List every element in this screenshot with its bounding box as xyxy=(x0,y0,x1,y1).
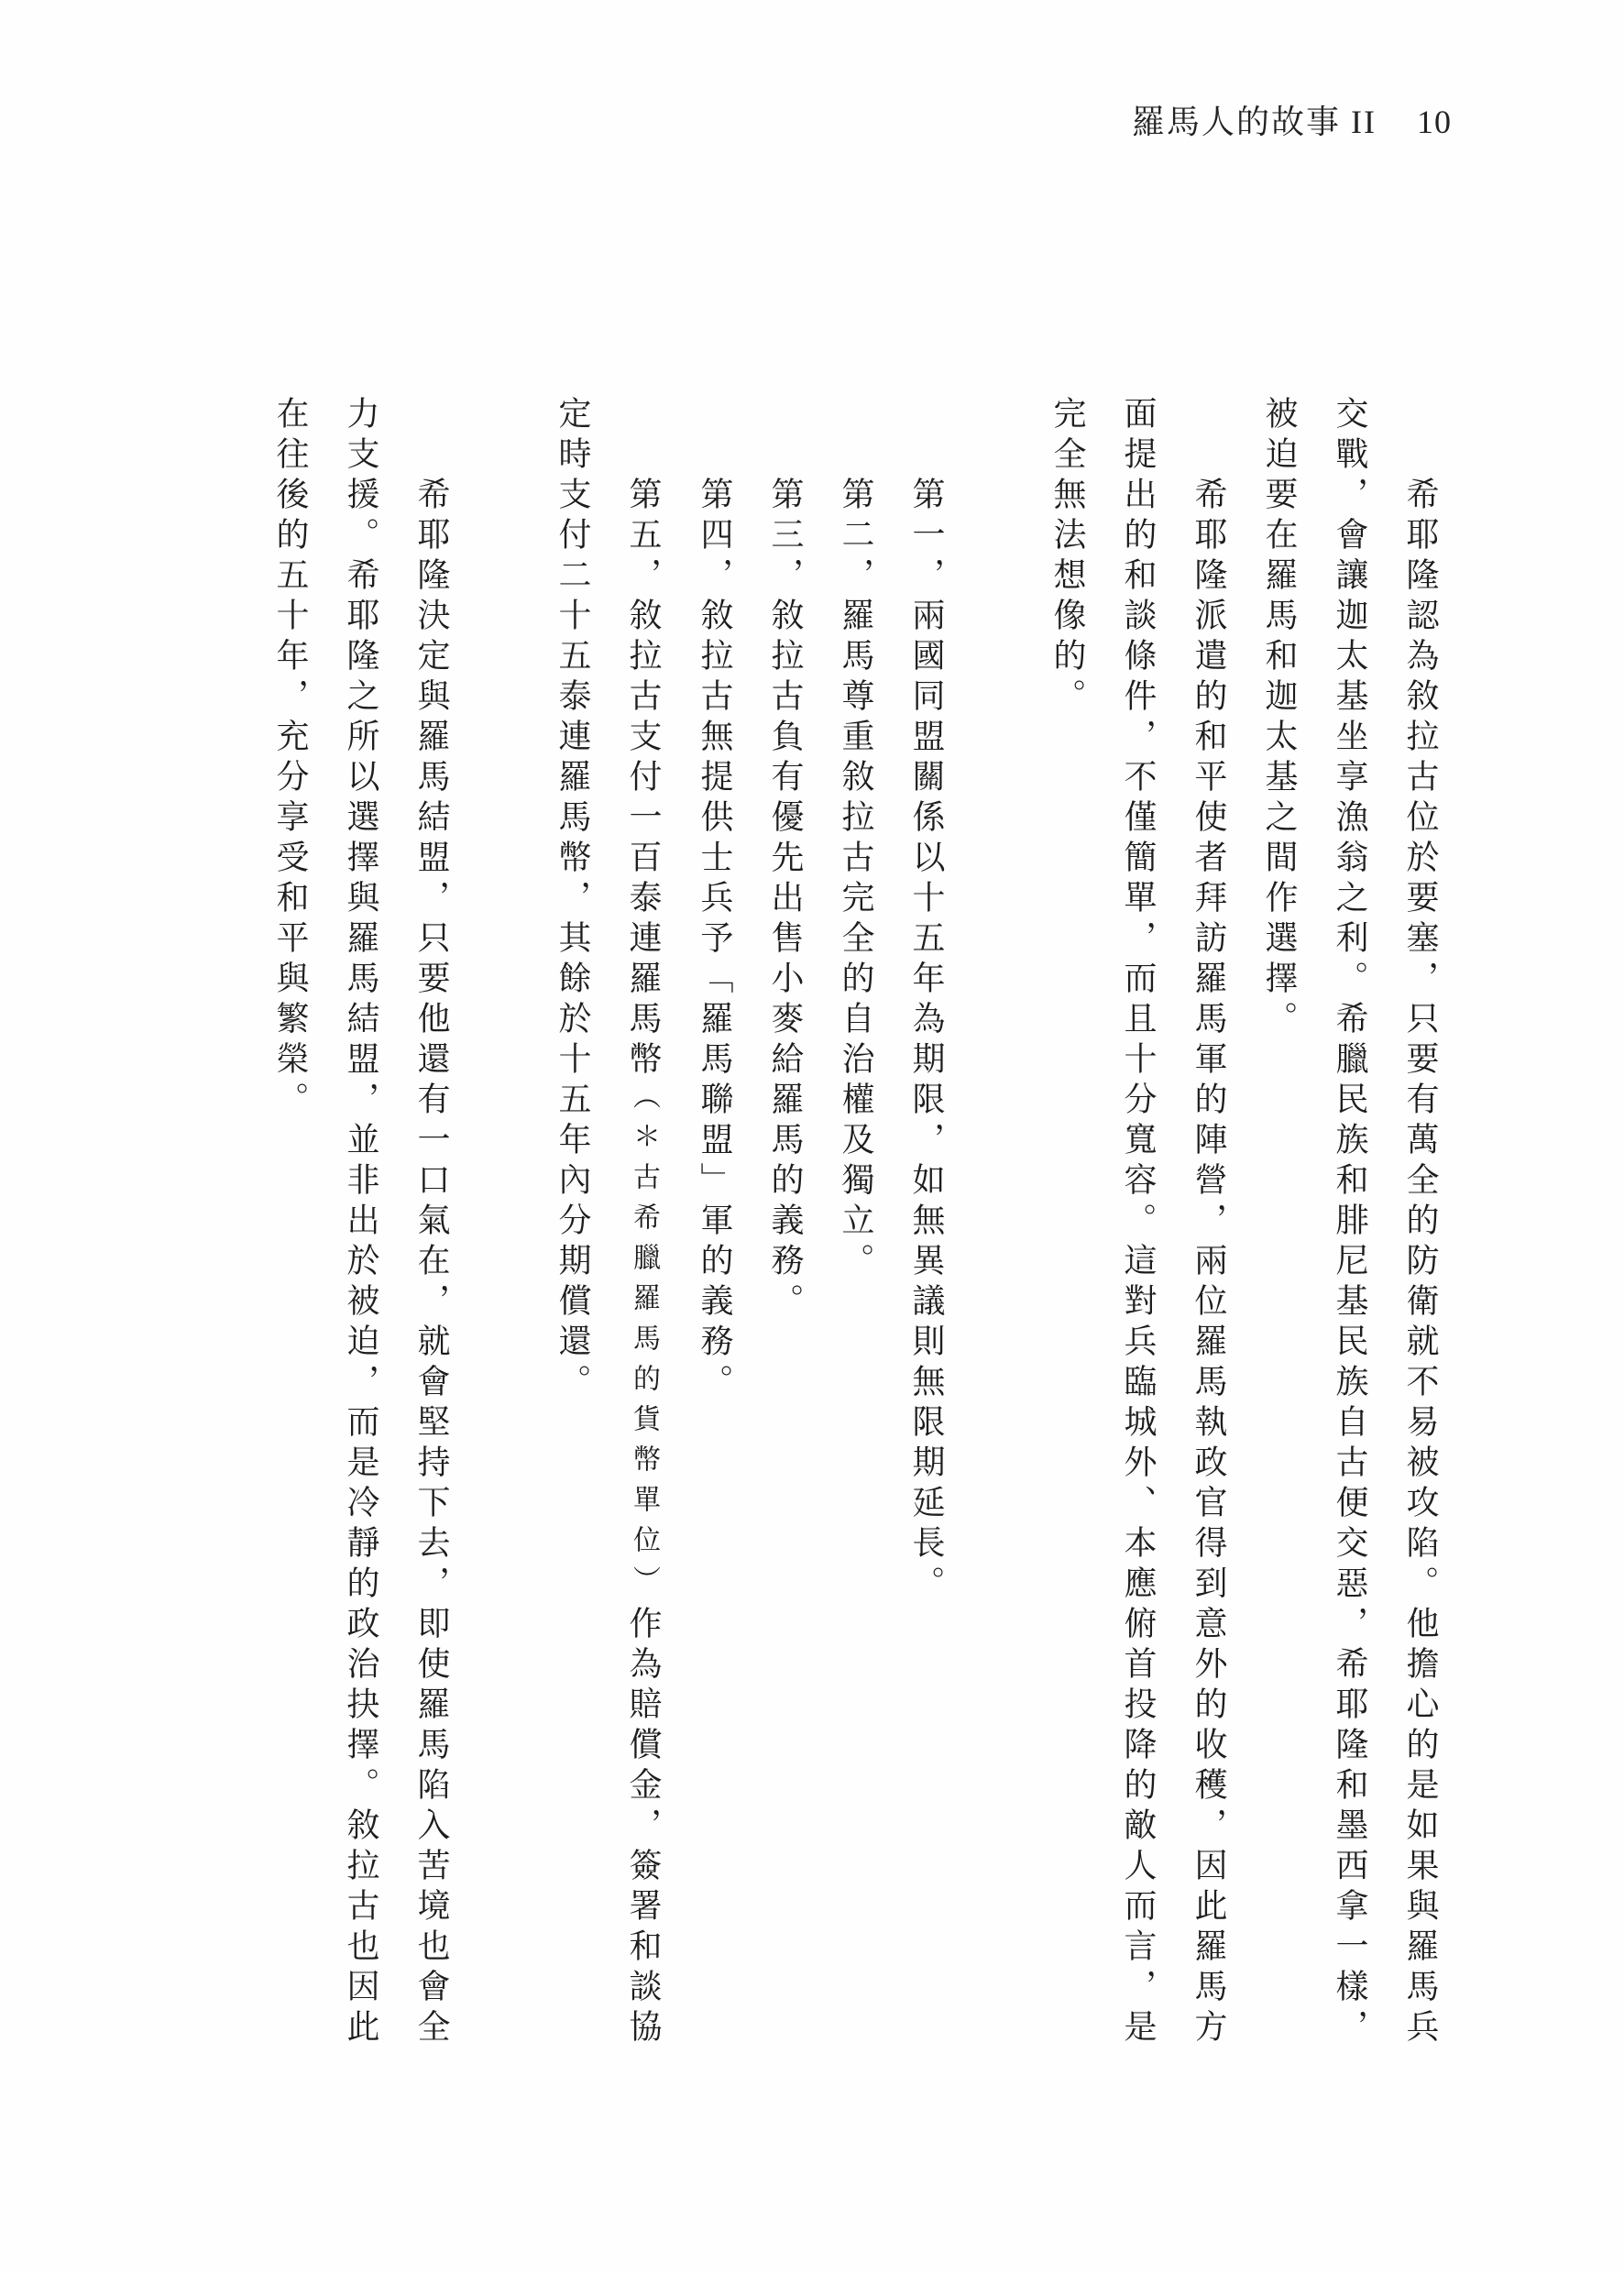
text-column: 第五，敘拉古支付一百泰連羅馬幣（＊古希臘羅馬的貨幣單位）作為賠償金，簽署和談協 xyxy=(608,396,679,2051)
text-column: 第二，羅馬尊重敘拉古完全的自治權及獨立。 xyxy=(820,396,891,2051)
text-column: 第三，敘拉古負有優先出售小麥給羅馬的義務。 xyxy=(750,396,820,2051)
page-number: 10 xyxy=(1417,103,1452,142)
running-head: 羅馬人的故事 II10 xyxy=(1132,103,1452,142)
text-run: 第四，敘拉古無提供士兵予「羅馬聯盟」軍的義務。 xyxy=(697,477,733,1404)
text-run: 希耶隆派遣的和平使者拜訪羅馬軍的陣營，兩位羅馬執政官得到意外的收穫，因此羅馬方 xyxy=(1191,477,1227,2049)
inline-annotation-small: （＊古希臘羅馬的貨幣單位） xyxy=(629,1082,659,1606)
text-run: 希耶隆認為敘拉古位於要塞，只要有萬全的防衛就不易被攻陷。他擔心的是如果與羅馬兵 xyxy=(1402,477,1439,2049)
text-column: 希耶隆派遣的和平使者拜訪羅馬軍的陣營，兩位羅馬執政官得到意外的收穫，因此羅馬方 xyxy=(1173,396,1244,2051)
text-column: 完全無法想像的。 xyxy=(1032,396,1103,2051)
text-column: 交戰，會讓迦太基坐享漁翁之利。希臘民族和腓尼基民族自古便交惡，希耶隆和墨西拿一樣… xyxy=(1314,396,1385,2051)
text-run: 交戰，會讓迦太基坐享漁翁之利。希臘民族和腓尼基民族自古便交惡，希耶隆和墨西拿一樣… xyxy=(1332,396,1368,2049)
text-run: 第二，羅馬尊重敘拉古完全的自治權及獨立。 xyxy=(838,477,874,1283)
text-column: 希耶隆決定與羅馬結盟，只要他還有一口氣在，就會堅持下去，即使羅馬陷入苦境也會全 xyxy=(396,396,466,2051)
text-column: 希耶隆認為敘拉古位於要塞，只要有萬全的防衛就不易被攻陷。他擔心的是如果與羅馬兵 xyxy=(1385,396,1455,2051)
text-run: 定時支付二十五泰連羅馬幣，其餘於十五年內分期償還。 xyxy=(554,396,591,1404)
text-column: 力支援。希耶隆之所以選擇與羅馬結盟，並非出於被迫，而是冷靜的政治抉擇。敘拉古也因… xyxy=(325,396,396,2051)
text-run: 在往後的五十年，充分享受和平與繁榮。 xyxy=(272,396,309,1122)
text-run: 力支援。希耶隆之所以選擇與羅馬結盟，並非出於被迫，而是冷靜的政治抉擇。敘拉古也因… xyxy=(343,396,379,2049)
text-run: 完全無法想像的。 xyxy=(1049,396,1086,719)
text-column: 在往後的五十年，充分享受和平與繁榮。 xyxy=(255,396,325,2051)
body-text: 希耶隆認為敘拉古位於要塞，只要有萬全的防衛就不易被攻陷。他擔心的是如果與羅馬兵交… xyxy=(255,396,1455,2051)
text-run: 希耶隆決定與羅馬結盟，只要他還有一口氣在，就會堅持下去，即使羅馬陷入苦境也會全 xyxy=(413,477,450,2049)
text-run: 第一，兩國同盟關係以十五年為期限，如無異議則無限期延長。 xyxy=(908,477,945,1606)
text-column: 第一，兩國同盟關係以十五年為期限，如無異議則無限期延長。 xyxy=(891,396,961,2051)
text-column: 第四，敘拉古無提供士兵予「羅馬聯盟」軍的義務。 xyxy=(679,396,750,2051)
book-page: 羅馬人的故事 II10 希耶隆認為敘拉古位於要塞，只要有萬全的防衛就不易被攻陷。… xyxy=(0,0,1624,2273)
text-run: 第三，敘拉古負有優先出售小麥給羅馬的義務。 xyxy=(767,477,804,1323)
text-run: 被迫要在羅馬和迦太基之間作選擇。 xyxy=(1261,396,1298,1041)
text-run: 作為賠償金，簽署和談協 xyxy=(625,1606,662,2049)
text-run: 第五，敘拉古支付一百泰連羅馬幣 xyxy=(625,477,662,1082)
text-column: 面提出的和談條件，不僅簡單，而且十分寬容。這對兵臨城外、本應俯首投降的敵人而言，… xyxy=(1103,396,1173,2051)
text-column: 定時支付二十五泰連羅馬幣，其餘於十五年內分期償還。 xyxy=(537,396,608,2051)
text-run: 面提出的和談條件，不僅簡單，而且十分寬容。這對兵臨城外、本應俯首投降的敵人而言，… xyxy=(1120,396,1157,2049)
book-title: 羅馬人的故事 II xyxy=(1132,104,1377,140)
text-column: 被迫要在羅馬和迦太基之間作選擇。 xyxy=(1244,396,1314,2051)
